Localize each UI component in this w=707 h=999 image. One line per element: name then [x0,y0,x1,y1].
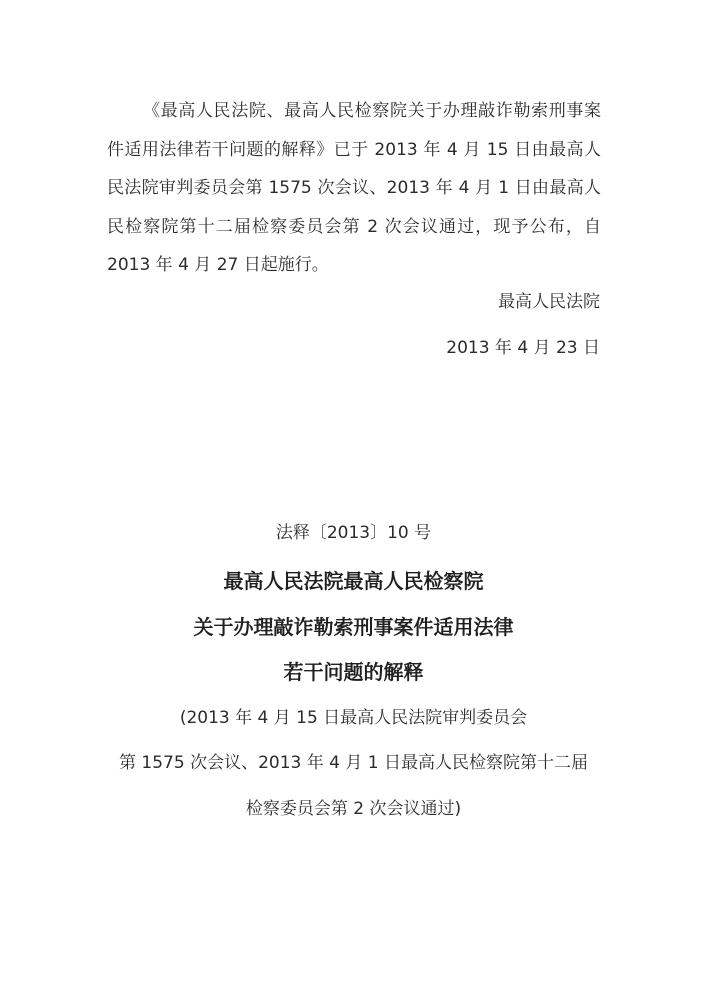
document-title-line-1: 最高人民法院最高人民检察院 [0,565,707,594]
promulgation-notice: 《最高人民法院、最高人民检察院关于办理敲诈勒索刑事案件适用法律若干问题的解释》已… [107,92,601,285]
issuer-signature: 最高人民法院 [498,287,600,312]
adoption-note-line-3: 检察委员会第 2 次会议通过) [0,794,707,819]
document-page: 《最高人民法院、最高人民检察院关于办理敲诈勒索刑事案件适用法律若干问题的解释》已… [0,0,707,999]
issue-date: 2013 年 4 月 23 日 [446,333,600,358]
adoption-note-line-1: (2013 年 4 月 15 日最高人民法院审判委员会 [0,703,707,728]
promulgation-paragraph: 《最高人民法院、最高人民检察院关于办理敲诈勒索刑事案件适用法律若干问题的解释》已… [107,92,601,285]
document-title-line-3: 若干问题的解释 [0,656,707,685]
document-title-line-2: 关于办理敲诈勒索刑事案件适用法律 [0,611,707,640]
document-number: 法释〔2013〕10 号 [0,518,707,543]
adoption-note-line-2: 第 1575 次会议、2013 年 4 月 1 日最高人民检察院第十二届 [0,748,707,773]
